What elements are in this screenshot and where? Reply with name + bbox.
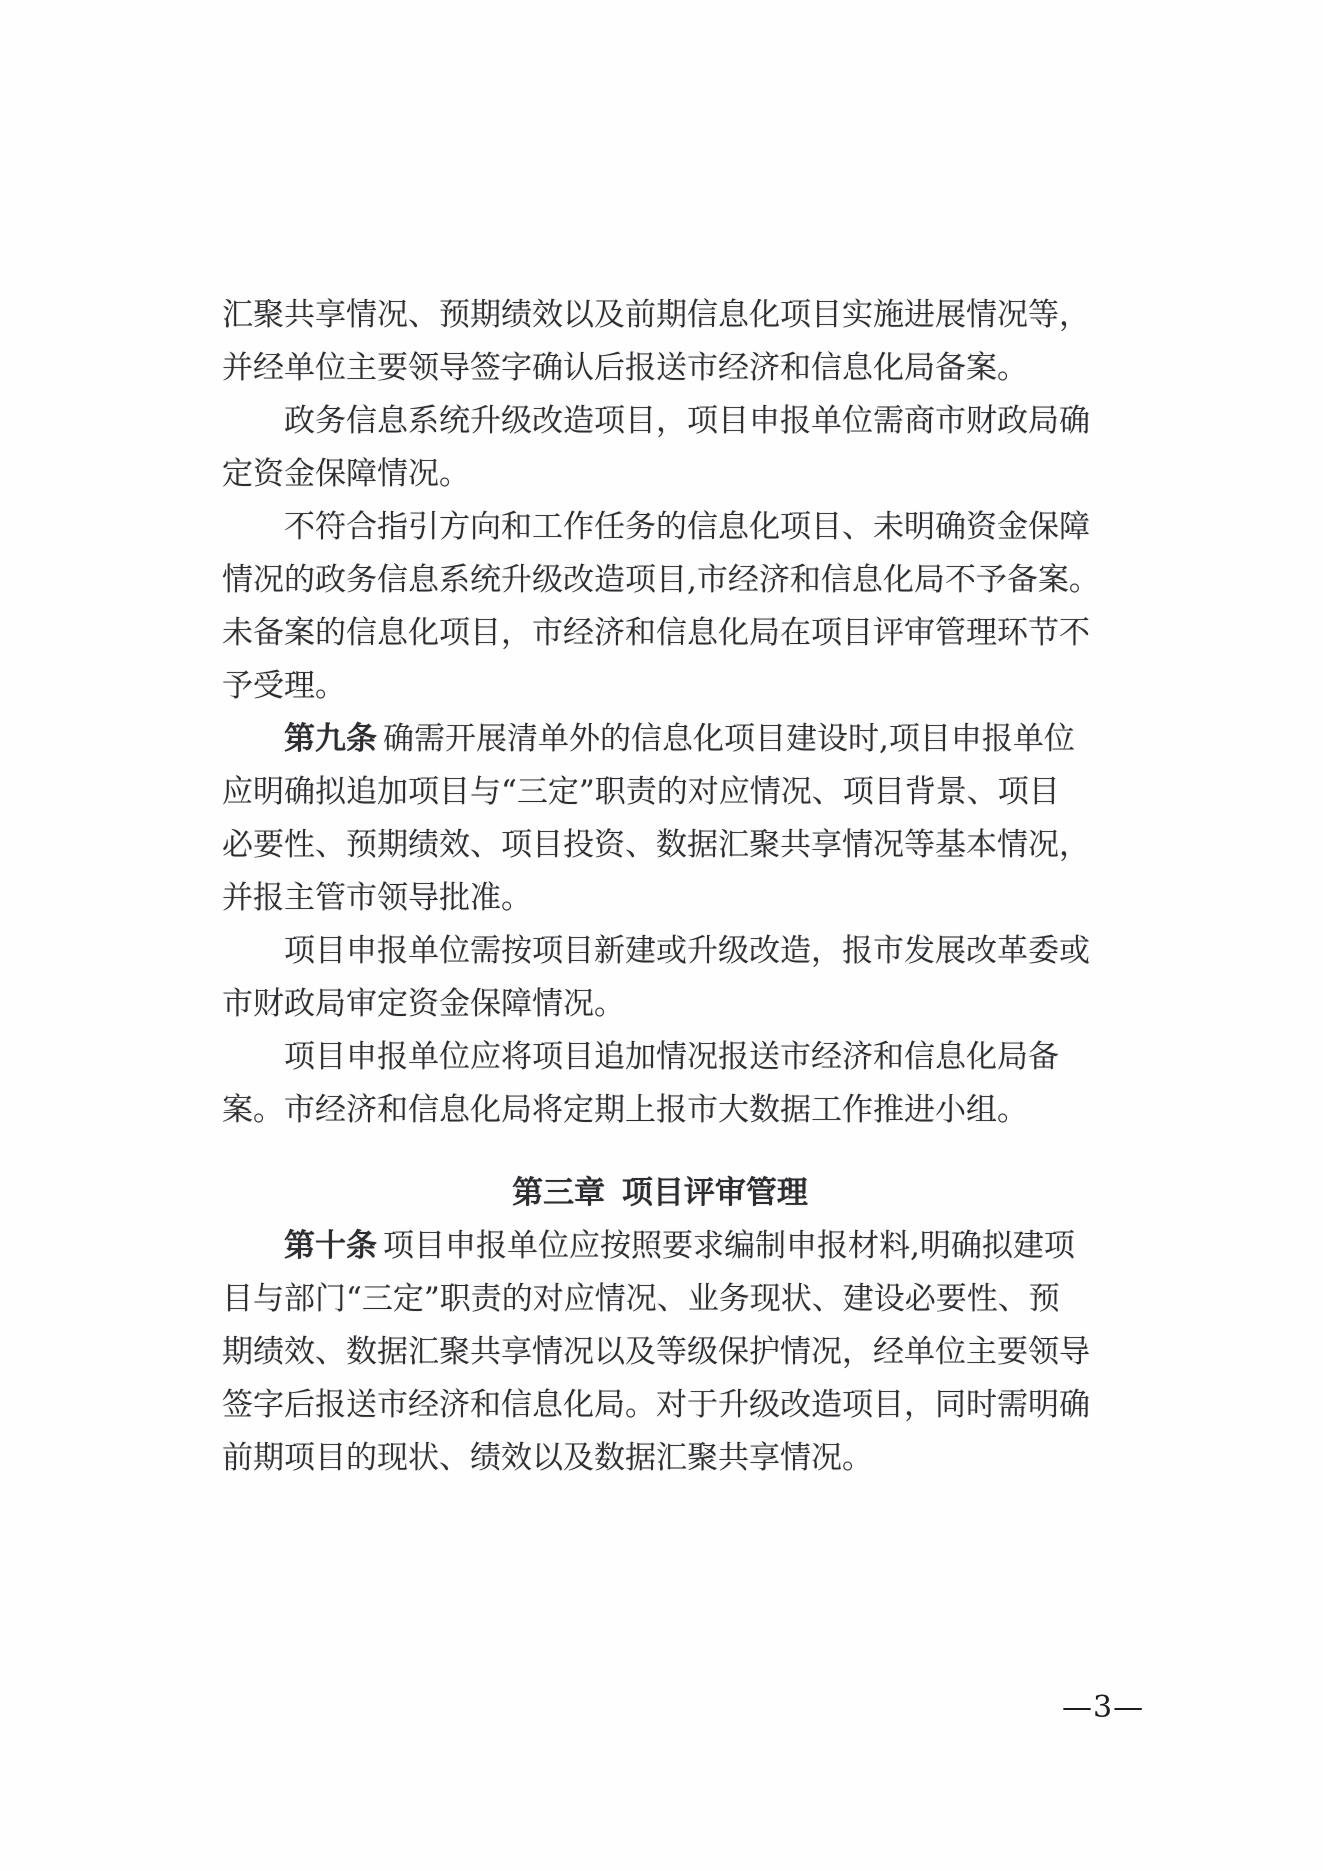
document-page: 汇聚共享情况、预期绩效以及前期信息化项目实施进展情况等， 并经单位主要领导签字确… — [0, 0, 1323, 1871]
text-line: 签字后报送市经济和信息化局。对于升级改造项目，同时需明确 — [222, 1379, 1098, 1432]
text-line: 前期项目的现状、绩效以及数据汇聚共享情况。 — [222, 1432, 1098, 1485]
text-line: 必要性、预期绩效、项目投资、数据汇聚共享情况等基本情况， — [222, 819, 1098, 872]
text-line: 市财政局审定资金保障情况。 — [222, 978, 1098, 1031]
text-line: 未备案的信息化项目，市经济和信息化局在项目评审管理环节不 — [222, 607, 1098, 660]
chapter-heading: 第三章 项目评审管理 — [222, 1167, 1098, 1220]
text-line: 目与部门“三定”职责的对应情况、业务现状、建设必要性、预 — [222, 1273, 1098, 1326]
text-line: 汇聚共享情况、预期绩效以及前期信息化项目实施进展情况等， — [222, 289, 1098, 342]
text-line: 项目申报单位应将项目追加情况报送市经济和信息化局备 — [222, 1031, 1098, 1084]
body-text: 汇聚共享情况、预期绩效以及前期信息化项目实施进展情况等， 并经单位主要领导签字确… — [222, 289, 1098, 1485]
page-number: —3— — [1062, 1692, 1144, 1724]
article-number-label: 第九条 — [284, 721, 377, 757]
text-line: 并报主管市领导批准。 — [222, 872, 1098, 925]
text-line: 不符合指引方向和工作任务的信息化项目、未明确资金保障 — [222, 501, 1098, 554]
text-line: 第十条项目申报单位应按照要求编制申报材料,明确拟建项 — [222, 1220, 1098, 1273]
text-line-body: 确需开展清单外的信息化项目建设时,项目申报单位 — [383, 721, 1075, 757]
text-line: 定资金保障情况。 — [222, 448, 1098, 501]
text-line: 政务信息系统升级改造项目，项目申报单位需商市财政局确 — [222, 395, 1098, 448]
text-line: 案。市经济和信息化局将定期上报市大数据工作推进小组。 — [222, 1084, 1098, 1137]
text-line: 情况的政务信息系统升级改造项目,市经济和信息化局不予备案。 — [222, 554, 1098, 607]
article-number-label: 第十条 — [284, 1228, 377, 1264]
text-line: 项目申报单位需按项目新建或升级改造，报市发展改革委或 — [222, 925, 1098, 978]
text-line: 期绩效、数据汇聚共享情况以及等级保护情况，经单位主要领导 — [222, 1326, 1098, 1379]
text-line: 予受理。 — [222, 660, 1098, 713]
text-line-body: 项目申报单位应按照要求编制申报材料,明确拟建项 — [383, 1228, 1075, 1264]
text-line: 第九条确需开展清单外的信息化项目建设时,项目申报单位 — [222, 713, 1098, 766]
text-line: 并经单位主要领导签字确认后报送市经济和信息化局备案。 — [222, 342, 1098, 395]
text-line: 应明确拟追加项目与“三定”职责的对应情况、项目背景、项目 — [222, 766, 1098, 819]
